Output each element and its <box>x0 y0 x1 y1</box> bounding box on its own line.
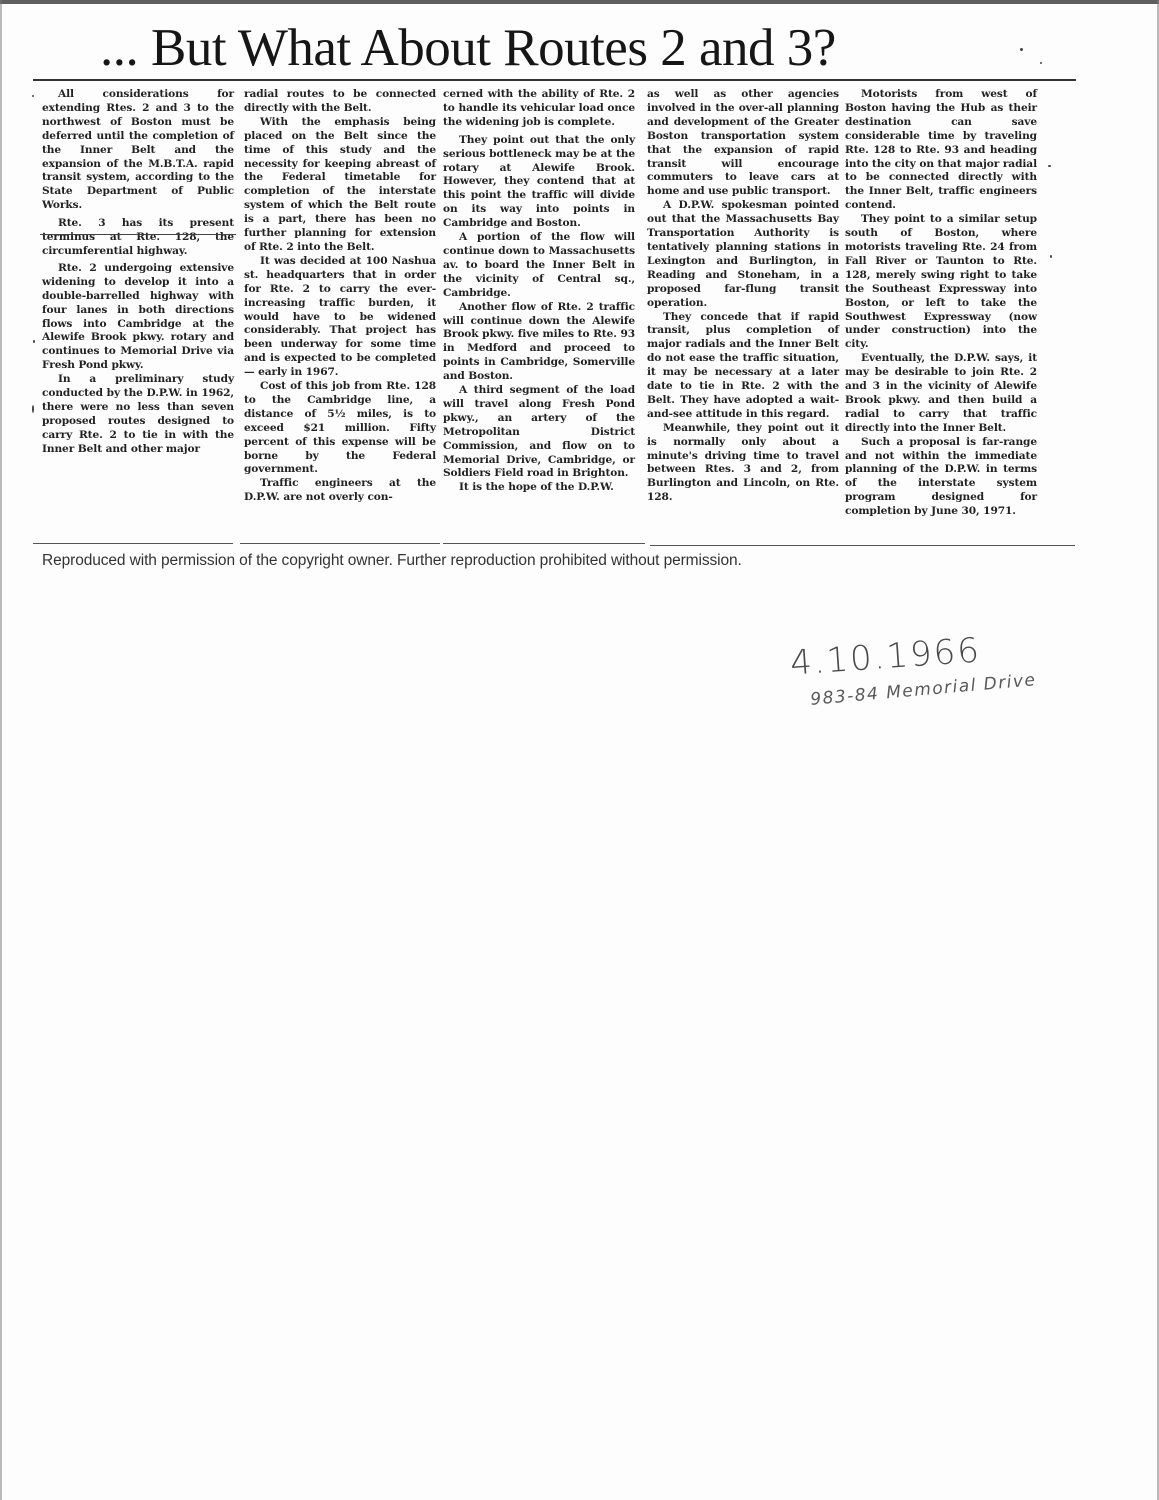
scan-speck <box>32 405 34 413</box>
paragraph: Rte. 2 undergoing extensive widening to … <box>42 262 234 373</box>
paragraph: They point to a similar setup south of B… <box>845 213 1037 352</box>
column-end-rule <box>650 545 1075 546</box>
article-column-4: as well as other agencies involved in th… <box>647 88 839 505</box>
article-headline: ... But What About Routes 2 and 3? <box>100 18 1040 78</box>
scan-speck <box>32 95 34 97</box>
paragraph: All considerations for extending Rtes. 2… <box>42 88 234 217</box>
paragraph: Motorists from west of Boston having the… <box>845 88 1037 213</box>
scan-speck <box>1048 165 1051 167</box>
paragraph: They point out that the only serious bot… <box>443 134 635 231</box>
scan-speck <box>33 340 35 343</box>
handwritten-date: 4.10.1966 <box>789 630 982 683</box>
paragraph: A portion of the flow will continue down… <box>443 231 635 301</box>
paragraph: They concede that if rapid transit, plus… <box>647 311 839 422</box>
column-divider-rule <box>40 234 236 235</box>
paragraph: It is the hope of the D.P.W. <box>443 481 635 495</box>
column-end-rule <box>443 543 645 544</box>
scan-speck <box>1020 48 1023 51</box>
paragraph: Such a proposal is far-range and not wit… <box>845 436 1037 519</box>
scan-speck <box>1040 62 1042 64</box>
headline-rule <box>33 79 1076 81</box>
article-column-5: Motorists from west of Boston having the… <box>845 88 1037 519</box>
column-end-rule <box>240 543 440 544</box>
paragraph: Eventually, the D.P.W. says, it may be d… <box>845 352 1037 435</box>
paragraph: With the emphasis being placed on the Be… <box>244 116 436 255</box>
scan-top-edge <box>0 0 1159 4</box>
scan-left-edge <box>0 0 2 1500</box>
paragraph: In a preliminary study conducted by the … <box>42 373 234 456</box>
scan-speck <box>1050 255 1052 258</box>
paragraph: Cost of this job from Rte. 128 to the Ca… <box>244 380 436 477</box>
column-end-rule <box>33 543 233 544</box>
copyright-notice: Reproduced with permission of the copyri… <box>42 552 742 570</box>
article-column-1: All considerations for extending Rtes. 2… <box>42 88 234 457</box>
paragraph: It was decided at 100 Nashua st. headqua… <box>244 255 436 380</box>
paragraph: Another flow of Rte. 2 traffic will cont… <box>443 301 635 384</box>
paragraph: as well as other agencies involved in th… <box>647 88 839 199</box>
paragraph: A third segment of the load will travel … <box>443 384 635 481</box>
article-column-3: cerned with the ability of Rte. 2 to han… <box>443 88 635 495</box>
paragraph: radial routes to be connected directly w… <box>244 88 436 116</box>
paragraph: Rte. 3 has its present terminus at Rte. … <box>42 217 234 262</box>
paragraph: A D.P.W. spokesman pointed out that the … <box>647 199 839 310</box>
paragraph: cerned with the ability of Rte. 2 to han… <box>443 88 635 134</box>
paragraph: Traffic engineers at the D.P.W. are not … <box>244 477 436 505</box>
paragraph: Meanwhile, they point out it is normally… <box>647 422 839 505</box>
article-column-2: radial routes to be connected directly w… <box>244 88 436 505</box>
